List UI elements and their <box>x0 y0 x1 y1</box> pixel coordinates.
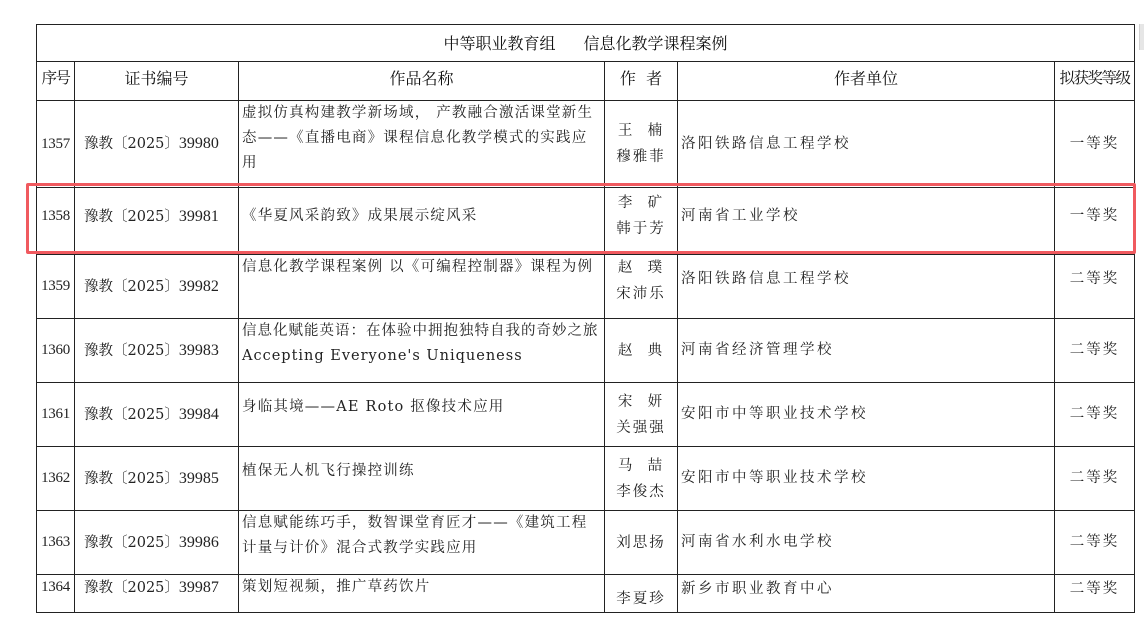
header-award: 拟获奖等级 <box>1055 62 1135 101</box>
row-unit: 洛阳铁路信息工程学校 <box>678 101 1055 188</box>
row-unit: 洛阳铁路信息工程学校 <box>678 255 1055 319</box>
cert-prefix: 豫教〔2025〕 <box>84 279 179 295</box>
row-authors: 赵 璞宋沛乐 <box>605 255 678 319</box>
row-award: 二等奖 <box>1055 255 1135 319</box>
cert-num: 39981 <box>179 208 219 225</box>
cert-num: 39984 <box>179 406 219 423</box>
row-seq: 1359 <box>37 255 75 319</box>
author-name: 关强强 <box>605 415 677 441</box>
author-name: 王 楠 <box>605 118 677 144</box>
row-work-name: 策划短视频，推广草药饮片 <box>239 575 605 613</box>
row-award: 二等奖 <box>1055 575 1135 613</box>
row-award: 二等奖 <box>1055 319 1135 383</box>
table-row: 1360 豫教〔2025〕39983 信息化赋能英语：在体验中拥抱独特自我的奇妙… <box>37 319 1135 383</box>
header-author: 作 者 <box>605 62 678 101</box>
row-work-name: 身临其境——AE Roto 抠像技术应用 <box>239 383 605 447</box>
author-name: 韩于芳 <box>605 216 677 242</box>
cert-num: 39982 <box>179 278 219 295</box>
cert-num: 39985 <box>179 470 219 487</box>
award-table: 中等职业教育组信息化教学课程案例 序号 证书编号 作品名称 作 者 作者单位 拟… <box>36 24 1135 613</box>
cert-prefix: 豫教〔2025〕 <box>84 209 179 225</box>
table-row: 1359 豫教〔2025〕39982 信息化教学课程案例 以《可编程控制器》课程… <box>37 255 1135 319</box>
row-seq: 1361 <box>37 383 75 447</box>
row-authors: 李夏珍 <box>605 575 678 613</box>
author-name: 刘思扬 <box>616 535 666 551</box>
row-work-name: 植保无人机飞行操控训练 <box>239 447 605 511</box>
author-name: 穆雅菲 <box>605 144 677 170</box>
header-seq: 序号 <box>37 62 75 101</box>
row-seq: 1363 <box>37 511 75 575</box>
table-row: 1357 豫教〔2025〕39980 虚拟仿真构建教学新场域， 产教融合激活课堂… <box>37 101 1135 188</box>
row-unit: 河南省工业学校 <box>678 188 1055 255</box>
cert-num: 39980 <box>179 135 219 152</box>
cert-num: 39983 <box>179 342 219 359</box>
row-unit: 新乡市职业教育中心 <box>678 575 1055 613</box>
row-authors: 宋 妍关强强 <box>605 383 678 447</box>
row-cert-no: 豫教〔2025〕39982 <box>75 255 239 319</box>
row-cert-no: 豫教〔2025〕39983 <box>75 319 239 383</box>
row-cert-no: 豫教〔2025〕39985 <box>75 447 239 511</box>
cert-num: 39987 <box>179 579 219 596</box>
author-name: 赵 璞 <box>605 255 677 281</box>
author-name: 李俊杰 <box>605 479 677 505</box>
row-award: 二等奖 <box>1055 447 1135 511</box>
row-work-name: 《华夏风采韵致》成果展示绽风采 <box>239 188 605 255</box>
table-row: 1362 豫教〔2025〕39985 植保无人机飞行操控训练 马 喆李俊杰 安阳… <box>37 447 1135 511</box>
row-authors: 赵 典 <box>605 319 678 383</box>
cert-prefix: 豫教〔2025〕 <box>84 580 179 596</box>
row-unit: 河南省水利水电学校 <box>678 511 1055 575</box>
row-seq: 1364 <box>37 575 75 613</box>
row-seq: 1358 <box>37 188 75 255</box>
row-authors: 马 喆李俊杰 <box>605 447 678 511</box>
header-work-name: 作品名称 <box>239 62 605 101</box>
cert-prefix: 豫教〔2025〕 <box>84 471 179 487</box>
row-authors: 王 楠穆雅菲 <box>605 101 678 188</box>
table-title-row: 中等职业教育组信息化教学课程案例 <box>37 25 1135 62</box>
row-unit: 安阳市中等职业技术学校 <box>678 383 1055 447</box>
table-title: 中等职业教育组信息化教学课程案例 <box>37 25 1135 62</box>
row-cert-no: 豫教〔2025〕39981 <box>75 188 239 255</box>
row-award: 一等奖 <box>1055 101 1135 188</box>
header-cert-no: 证书编号 <box>75 62 239 101</box>
cert-prefix: 豫教〔2025〕 <box>84 136 179 152</box>
author-name: 李夏珍 <box>616 591 666 607</box>
row-award: 二等奖 <box>1055 511 1135 575</box>
row-cert-no: 豫教〔2025〕39986 <box>75 511 239 575</box>
table-row: 1364 豫教〔2025〕39987 策划短视频，推广草药饮片 李夏珍 新乡市职… <box>37 575 1135 613</box>
row-work-name: 信息赋能练巧手，数智课堂育匠才——《建筑工程计量与计价》混合式教学实践应用 <box>239 511 605 575</box>
cert-num: 39986 <box>179 534 219 551</box>
title-category: 信息化教学课程案例 <box>584 34 728 53</box>
table-row: 1361 豫教〔2025〕39984 身临其境——AE Roto 抠像技术应用 … <box>37 383 1135 447</box>
author-name: 赵 典 <box>618 343 664 359</box>
row-work-name: 信息化教学课程案例 以《可编程控制器》课程为例 <box>239 255 605 319</box>
header-row: 序号 证书编号 作品名称 作 者 作者单位 拟获奖等级 <box>37 62 1135 101</box>
cert-prefix: 豫教〔2025〕 <box>84 535 179 551</box>
row-seq: 1360 <box>37 319 75 383</box>
header-author-unit: 作者单位 <box>678 62 1055 101</box>
cert-prefix: 豫教〔2025〕 <box>84 407 179 423</box>
row-authors: 李 矿韩于芳 <box>605 188 678 255</box>
row-seq: 1362 <box>37 447 75 511</box>
author-name: 宋沛乐 <box>605 281 677 307</box>
author-name: 李 矿 <box>605 190 677 216</box>
row-unit: 河南省经济管理学校 <box>678 319 1055 383</box>
title-group: 中等职业教育组 <box>443 34 555 53</box>
table-row: 1363 豫教〔2025〕39986 信息赋能练巧手，数智课堂育匠才——《建筑工… <box>37 511 1135 575</box>
row-cert-no: 豫教〔2025〕39984 <box>75 383 239 447</box>
row-cert-no: 豫教〔2025〕39980 <box>75 101 239 188</box>
row-work-name: 信息化赋能英语：在体验中拥抱独特自我的奇妙之旅 Accepting Everyo… <box>239 319 605 383</box>
row-seq: 1357 <box>37 101 75 188</box>
author-name: 宋 妍 <box>605 389 677 415</box>
row-award: 二等奖 <box>1055 383 1135 447</box>
row-cert-no: 豫教〔2025〕39987 <box>75 575 239 613</box>
row-award: 一等奖 <box>1055 188 1135 255</box>
award-table-sheet: 中等职业教育组信息化教学课程案例 序号 证书编号 作品名称 作 者 作者单位 拟… <box>36 24 1135 613</box>
row-authors: 刘思扬 <box>605 511 678 575</box>
row-work-name: 虚拟仿真构建教学新场域， 产教融合激活课堂新生态——《直播电商》课程信息化教学模… <box>239 101 605 188</box>
author-name: 马 喆 <box>605 453 677 479</box>
row-unit: 安阳市中等职业技术学校 <box>678 447 1055 511</box>
cert-prefix: 豫教〔2025〕 <box>84 343 179 359</box>
table-row-highlighted: 1358 豫教〔2025〕39981 《华夏风采韵致》成果展示绽风采 李 矿韩于… <box>37 188 1135 255</box>
side-scroll-tab <box>1139 24 1144 50</box>
